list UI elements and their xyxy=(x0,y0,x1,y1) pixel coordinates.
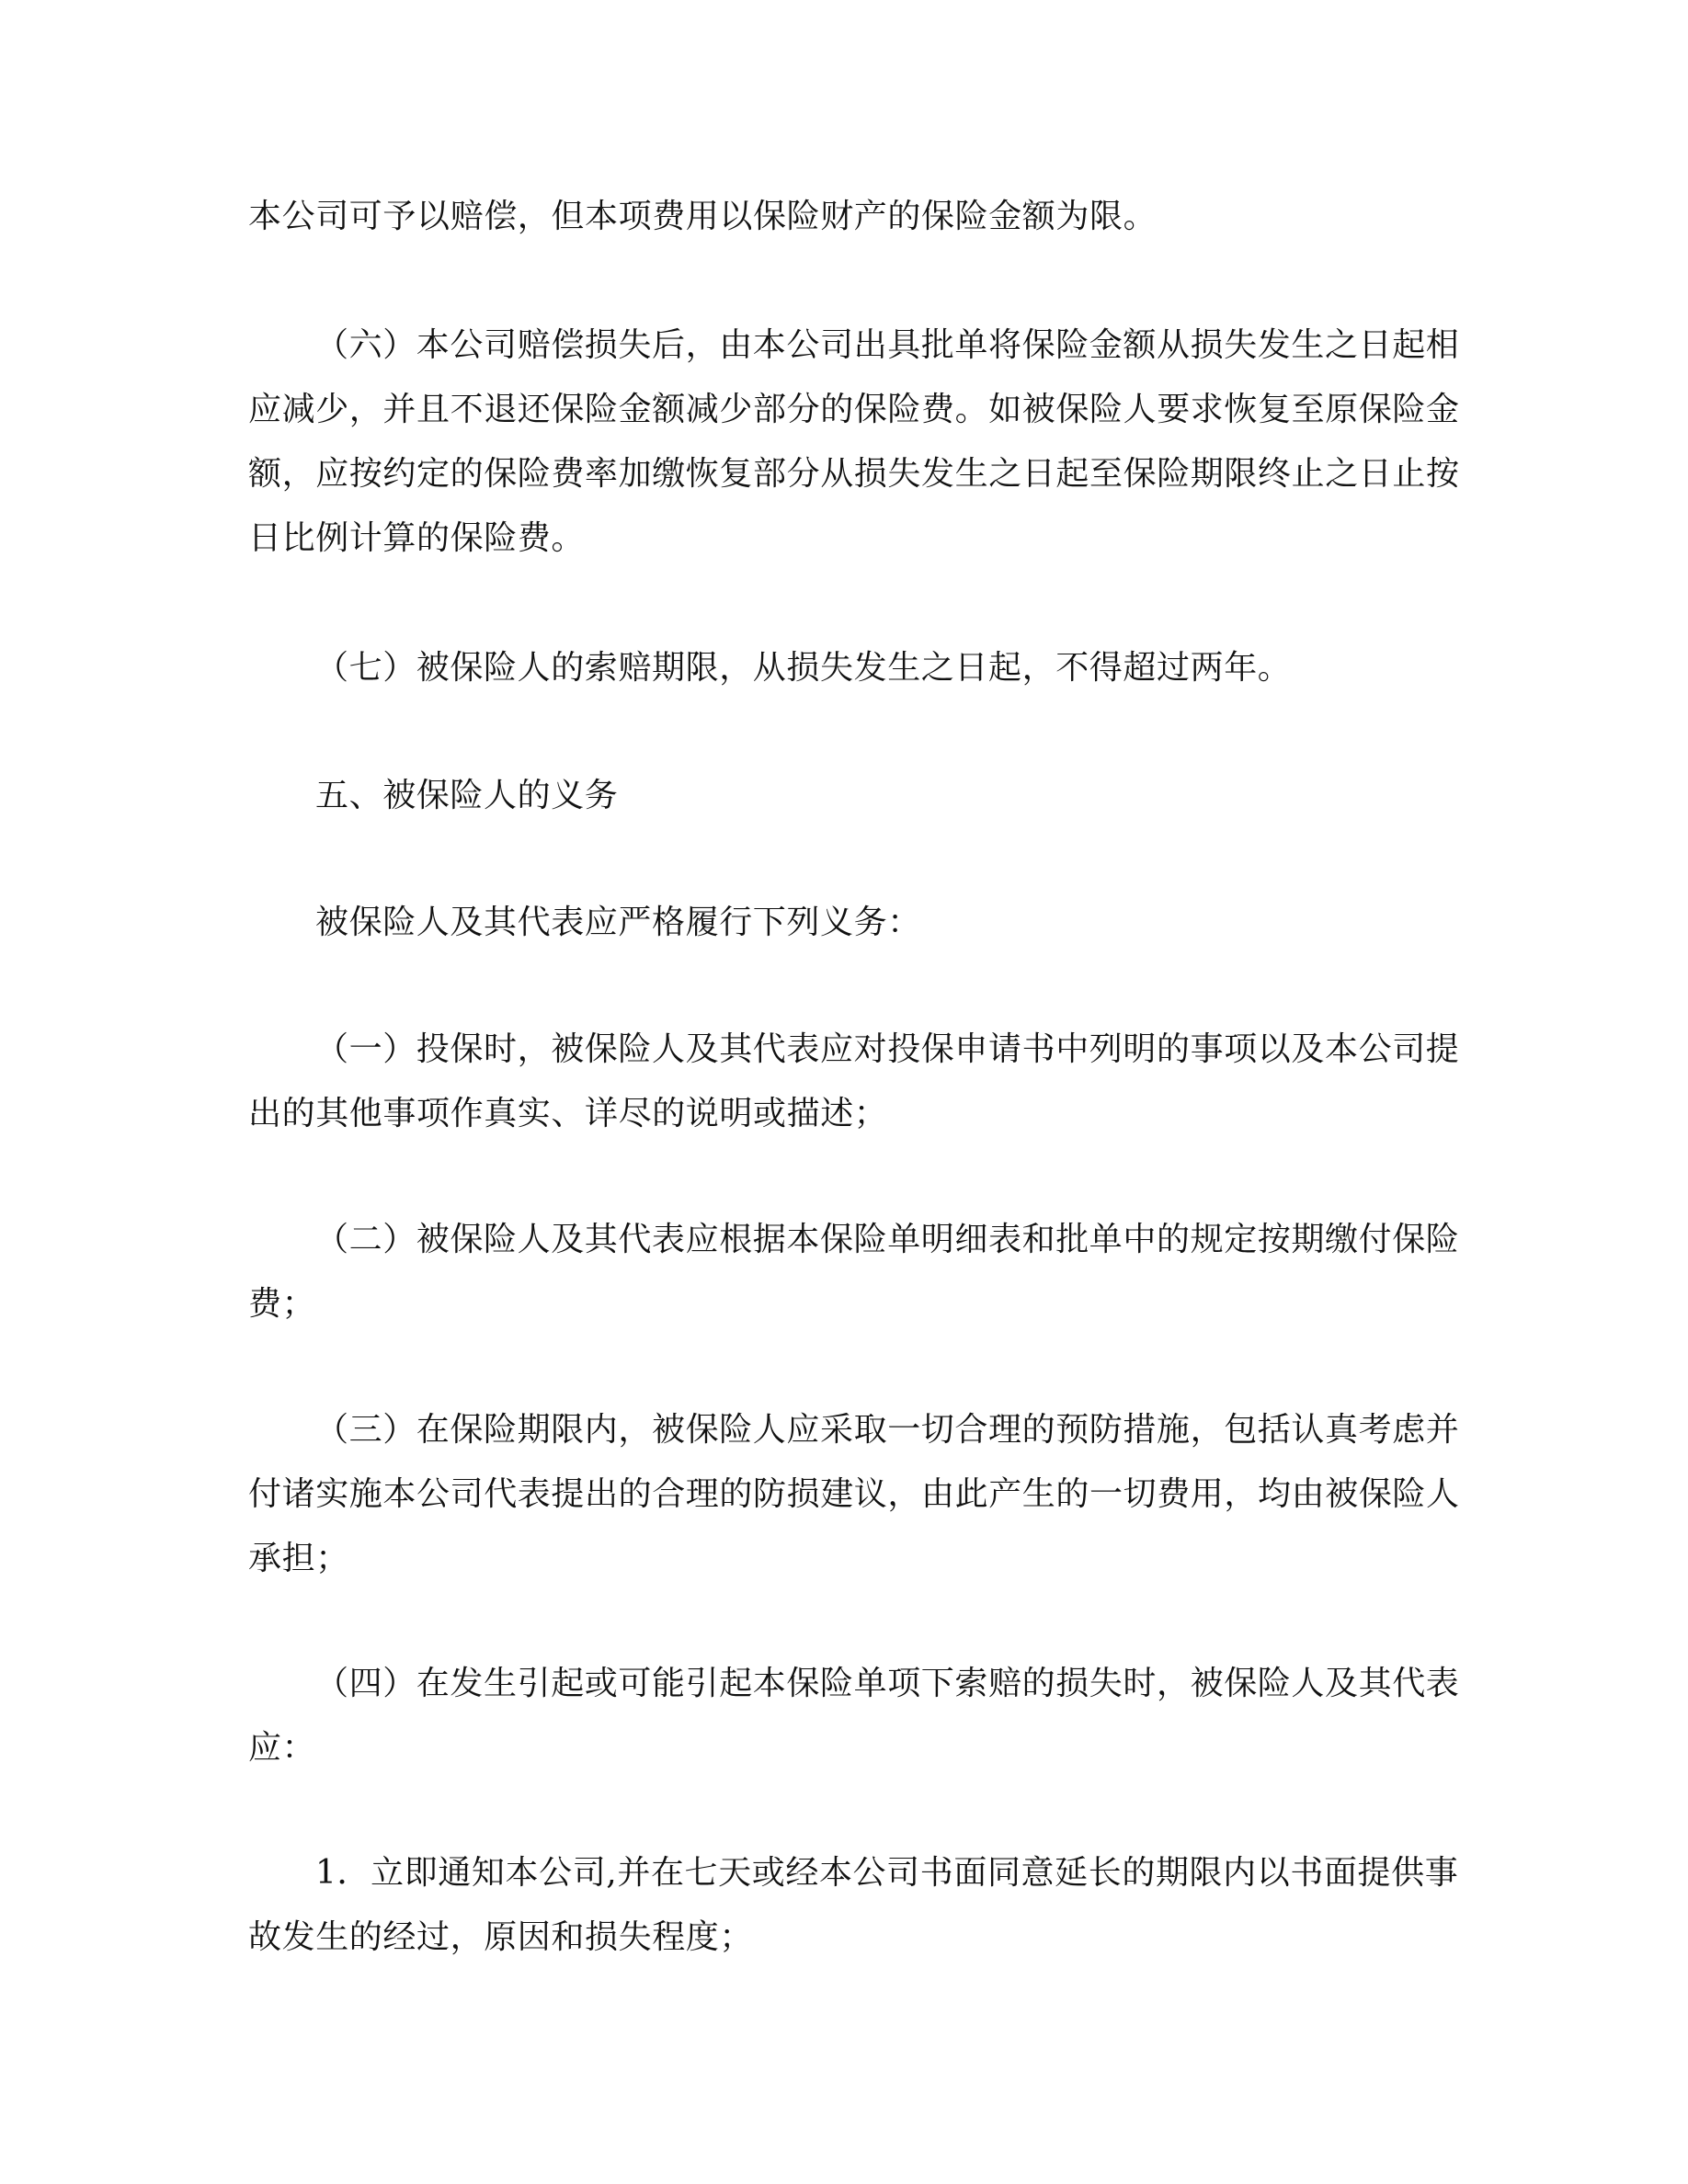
clause-7-line-1: （七）被保险人的索赔期限，从损失发生之日起，不得超过两年。 xyxy=(315,646,1443,690)
duty-1-line-2: 出的其他事项作真实、详尽的说明或描述； xyxy=(248,1092,1443,1136)
clause-6-line-2: 应减少，并且不退还保险金额减少部分的保险费。如被保险人要求恢复至原保险金 xyxy=(248,388,1443,432)
duty-4-sub-1-line-1: 1．立即通知本公司,并在七天或经本公司书面同意延长的期限内以书面提供事 xyxy=(315,1851,1443,1895)
duty-4-line-2: 应： xyxy=(248,1726,1443,1770)
paragraph-continuation-line-1: 本公司可予以赔偿，但本项费用以保险财产的保险金额为限。 xyxy=(248,195,1443,239)
duty-2-line-1: （二）被保险人及其代表应根据本保险单明细表和批单中的规定按期缴付保险 xyxy=(315,1218,1443,1262)
duty-2-line-2: 费； xyxy=(248,1282,1443,1326)
duty-3-line-1: （三）在保险期限内，被保险人应采取一切合理的预防措施，包括认真考虑并 xyxy=(315,1408,1443,1452)
clause-6-line-3: 额，应按约定的保险费率加缴恢复部分从损失发生之日起至保险期限终止之日止按 xyxy=(248,452,1443,496)
duty-1-line-1: （一）投保时，被保险人及其代表应对投保申请书中列明的事项以及本公司提 xyxy=(315,1028,1443,1072)
duty-4-sub-1-line-2: 故发生的经过，原因和损失程度； xyxy=(248,1916,1443,1960)
document-page: 本公司可予以赔偿，但本项费用以保险财产的保险金额为限。 （六）本公司赔偿损失后，… xyxy=(0,0,1688,2184)
clause-6-line-4: 日比例计算的保险费。 xyxy=(248,517,1443,561)
duty-4-line-1: （四）在发生引起或可能引起本保险单项下索赔的损失时，被保险人及其代表 xyxy=(315,1662,1443,1706)
obligations-intro: 被保险人及其代表应严格履行下列义务： xyxy=(315,901,1443,945)
duty-3-line-2: 付诸实施本公司代表提出的合理的防损建议，由此产生的一切费用，均由被保险人 xyxy=(248,1473,1443,1517)
section-5-heading: 五、被保险人的义务 xyxy=(315,774,1443,818)
clause-6-line-1: （六）本公司赔偿损失后，由本公司出具批单将保险金额从损失发生之日起相 xyxy=(315,324,1443,368)
duty-3-line-3: 承担； xyxy=(248,1537,1443,1581)
